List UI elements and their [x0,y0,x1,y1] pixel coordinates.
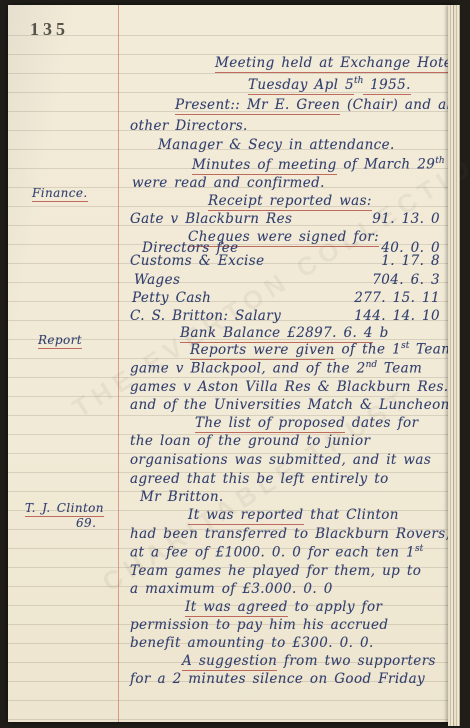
text-segment: Tuesday Apl 5 [248,77,354,95]
text-segment: dates for [345,415,418,431]
text-line: organisations was submitted, and it was [130,452,431,468]
text-segment: C. S. Britton: Salary [130,308,281,324]
margin-note-text: 69. [76,516,96,530]
margin-note: Finance. [32,186,88,200]
amount-value: 704. 6. 3 [372,272,440,288]
text-line: for a 2 minutes silence on Good Friday [130,671,425,687]
text-segment: game v Blackpool, and of the 2 [130,361,366,377]
text-line: Reports were given of the 1st Team [190,341,454,358]
text-segment: Present:: Mr E. Green [175,97,340,115]
text-segment: to apply for [288,599,382,615]
page-edge-stack [448,5,460,726]
margin-note-text: Report [38,333,82,349]
page-number: 135 [30,19,69,40]
text-segment: Manager & Secy in attendance. [158,137,395,153]
margin-note: 69. [76,516,96,530]
text-segment: from two supporters [277,653,436,669]
text-segment: Gate v Blackburn Res [130,211,292,227]
text-segment: of March 29 [337,157,436,173]
text-segment: (Chair) and all [340,97,456,113]
text-segment: th [435,156,444,166]
text-line: It was agreed to apply for [185,599,382,615]
amount-value: 91. 13. 0 [372,211,440,227]
text-line: games v Aston Villa Res & Blackburn Res. [130,379,449,395]
text-line: were read and confirmed. [132,175,325,191]
text-segment: benefit amounting to £300. 0. 0. [130,635,374,651]
text-segment: organisations was submitted, and it was [130,452,431,468]
text-segment: Receipt reported was: [208,193,372,211]
text-line: Meeting held at Exchange Hotel [215,55,457,71]
text-line: C. S. Britton: Salary [130,308,281,324]
text-segment: Wages [134,272,180,288]
text-segment: The list of proposed [195,415,345,433]
text-line: A suggestion from two supporters [182,653,436,669]
margin-note-text: T. J. Clinton [25,501,104,517]
text-line: Minutes of meeting of March 29th [192,156,445,173]
text-segment: agreed that this be left entirely to [130,471,389,487]
text-line: Gate v Blackburn Res [130,211,292,227]
text-segment: nd [366,360,378,370]
text-line: Wages [134,272,180,288]
text-segment: Petty Cash [132,290,211,306]
text-segment: Team [377,361,422,377]
text-line: Customs & Excise [130,253,265,269]
amount-value: 1. 17. 8 [381,253,440,269]
text-segment: for a 2 minutes silence on Good Friday [130,671,425,687]
text-line: agreed that this be left entirely to [130,471,389,487]
text-line: benefit amounting to £300. 0. 0. [130,635,374,651]
text-segment: the loan of the ground to junior [130,433,370,449]
text-segment: Customs & Excise [130,253,265,269]
text-line: Mr Britton. [140,489,224,505]
text-line: at a fee of £1000. 0. 0 for each ten 1st [130,544,423,561]
text-segment: It was reported [188,507,304,525]
text-line: The list of proposed dates for [195,415,418,431]
text-segment: 1955. [363,77,410,95]
margin-note: Report [38,333,82,347]
red-margin-rule [118,5,119,722]
text-line: the loan of the ground to junior [130,433,370,449]
minute-book-page: THE EVERTON COLLECTION CHARITABLE TRUST … [8,5,454,722]
text-segment: st [415,544,423,554]
text-line: Bank Balance £2897. 6. 4 b [180,325,389,341]
margin-note: T. J. Clinton [25,501,104,515]
minute-book-scan: THE EVERTON COLLECTION CHARITABLE TRUST … [0,0,470,728]
text-segment: permission to pay him his accrued [130,617,388,633]
text-line: Present:: Mr E. Green (Chair) and all [175,97,456,113]
text-segment: other Directors. [130,118,248,134]
text-line: other Directors. [130,118,248,134]
text-segment: Team games he played for them, up to [130,563,421,579]
text-segment: games v Aston Villa Res & Blackburn Res. [130,379,449,395]
text-segment: at a fee of £1000. 0. 0 for each ten 1 [130,545,415,561]
text-line: a maximum of £3.000. 0. 0 [130,581,333,597]
text-segment: It was agreed [185,599,288,617]
text-line: Tuesday Apl 5th 1955. [248,76,411,93]
text-segment: Reports were given [190,342,335,360]
margin-note-text: Finance. [32,186,88,202]
text-segment: of the 1 [335,342,401,358]
text-segment: Mr Britton. [140,489,224,505]
text-segment: A suggestion [182,653,277,671]
text-line: Manager & Secy in attendance. [158,137,395,153]
text-segment: Minutes of meeting [192,157,337,175]
text-line: It was reported that Clinton [188,507,399,523]
text-line: Petty Cash [132,290,211,306]
text-segment: that Clinton [304,507,399,523]
amount-value: 144. 14. 10 [354,308,440,324]
text-line: had been transferred to Blackburn Rovers… [130,526,450,542]
text-segment: a maximum of £3.000. 0. 0 [130,581,333,597]
text-segment: had been transferred to Blackburn Rovers… [130,526,450,542]
text-line: Team games he played for them, up to [130,563,421,579]
amount-value: 277. 15. 11 [354,290,440,306]
text-line: Receipt reported was: [208,193,372,209]
text-line: permission to pay him his accrued [130,617,388,633]
text-segment: Meeting held at Exchange Hotel [215,55,457,73]
text-line: game v Blackpool, and of the 2nd Team [130,360,422,377]
text-segment: and of the Universities Match & Luncheon… [130,397,454,413]
text-segment: were read and confirmed. [132,175,325,191]
text-segment: b [373,325,389,341]
text-line: and of the Universities Match & Luncheon… [130,397,454,413]
